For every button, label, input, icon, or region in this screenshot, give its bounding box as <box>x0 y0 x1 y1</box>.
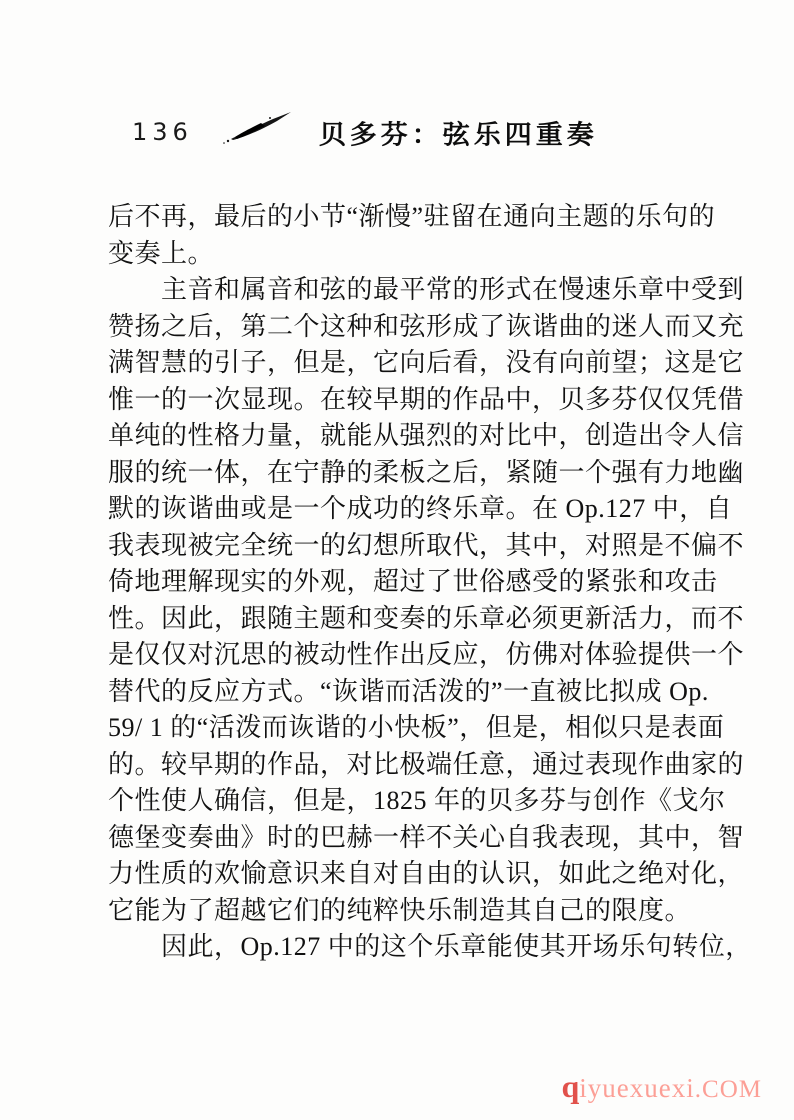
text-line: 个性使人确信，但是，1825 年的贝多芬与创作《戈尔 <box>108 783 708 820</box>
text-line: 服的统一体，在宁静的柔板之后，紧随一个强有力地幽 <box>108 455 708 492</box>
text-line: 后不再，最后的小节“渐慢”驻留在通向主题的乐句的 <box>108 199 708 236</box>
text-line: 单纯的性格力量，就能从强烈的对比中，创造出令人信 <box>108 418 708 455</box>
page-header: 136 贝多芬：弦乐四重奏 <box>132 112 598 152</box>
text-line: 59/ 1 的“活泼而诙谐的小快板”，但是，相似只是表面 <box>108 710 708 747</box>
text-line: 它能为了超越它们的纯粹快乐制造其自己的限度。 <box>108 893 708 930</box>
text-line: 替代的反应方式。“诙谐而活泼的”一直被比拟成 Op. <box>108 674 708 711</box>
body-text: 后不再，最后的小节“渐慢”驻留在通向主题的乐句的变奏上。 主音和属音和弦的最平常… <box>108 199 708 966</box>
text-line: 惟一的一次显现。在较早期的作品中，贝多芬仅仅凭借 <box>108 382 708 419</box>
text-line: 倚地理解现实的外观，超过了世俗感受的紧张和攻击 <box>108 564 708 601</box>
watermark: qiyuexuexi.COM <box>562 1070 763 1102</box>
text-line: 主音和属音和弦的最平常的形式在慢速乐章中受到 <box>108 272 708 309</box>
book-page: 136 贝多芬：弦乐四重奏 后不再，最后的小节“渐慢”驻留在通向主题的乐句的变奏… <box>0 0 794 1120</box>
text-line: 变奏上。 <box>108 236 708 273</box>
text-line: 默的诙谐曲或是一个成功的终乐章。在 Op.127 中，自 <box>108 491 708 528</box>
page-number: 136 <box>132 118 193 146</box>
text-line: 是仅仅对沉思的被动性作出反应，仿佛对体验提供一个 <box>108 637 708 674</box>
text-line: 我表现被完全统一的幻想所取代，其中，对照是不偏不 <box>108 528 708 565</box>
text-line: 力性质的欢愉意识来自对自由的认识，如此之绝对化， <box>108 856 708 893</box>
text-line: 性。因此，跟随主题和变奏的乐章必须更新活力，而不 <box>108 601 708 638</box>
text-line: 满智慧的引子，但是，它向后看，没有向前望；这是它 <box>108 345 708 382</box>
watermark-text: iyuexuexi <box>579 1073 694 1103</box>
watermark-letter-q: q <box>562 1068 580 1104</box>
running-head-title: 贝多芬：弦乐四重奏 <box>319 113 598 150</box>
text-line: 德堡变奏曲》时的巴赫一样不关心自我表现，其中，智 <box>108 820 708 857</box>
text-line: 的。较早期的作品，对比极端任意，通过表现作曲家的 <box>108 747 708 784</box>
watermark-domain-suffix: .COM <box>695 1076 762 1103</box>
text-line: 因此，Op.127 中的这个乐章能使其开场乐句转位， <box>108 929 708 966</box>
text-line: 赞扬之后，第二个这种和弦形成了诙谐曲的迷人而又充 <box>108 309 708 346</box>
quill-pen-icon <box>221 110 293 149</box>
